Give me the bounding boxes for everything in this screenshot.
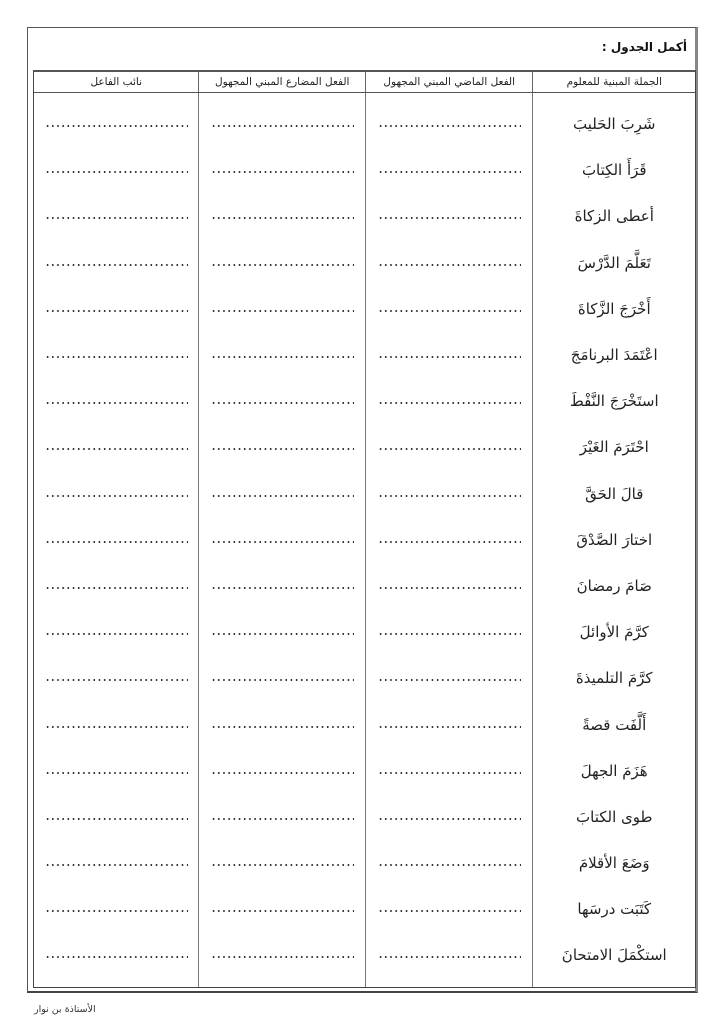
table-cell [366,147,533,193]
past-passive-blank[interactable] [378,633,521,635]
present-passive-blank[interactable] [211,448,354,450]
table-cell [199,147,365,193]
past-passive-blank[interactable] [378,356,521,358]
active-sentence-text: أَخْرَجَ الزَّكاةَ [578,300,651,318]
past-passive-blank[interactable] [378,217,521,219]
table-row: كَتَبَت درسَها [533,886,695,932]
active-sentence-text: كرَّمَ الأوائلَ [580,623,649,641]
present-passive-blank[interactable] [211,356,354,358]
deputy-subject-blank[interactable] [45,910,188,912]
past-passive-blank[interactable] [378,310,521,312]
table-row: احْتَرَمَ الغَيْرَ [533,424,695,470]
present-passive-blank[interactable] [211,171,354,173]
table-cell [366,517,533,563]
table-cell [199,932,365,978]
present-passive-blank[interactable] [211,541,354,543]
table-cell [34,932,199,978]
deputy-subject-blank[interactable] [45,495,188,497]
table-cell [34,471,199,517]
active-sentence-text: استكْمَلَ الامتحانَ [562,946,667,964]
active-sentence-text: استَخْرَجَ النَّفْطَ [570,392,659,410]
deputy-subject-blank[interactable] [45,864,188,866]
exercise-table: الجملة المبنية للمعلوم الفعل الماضي المب… [33,70,696,988]
instruction-heading: أكمل الجدول : [602,40,687,54]
past-passive-blank[interactable] [378,171,521,173]
column-active-sentence: شَرِبَ الحَليبَقَرَأَ الكِتابَأعطى الزكا… [532,93,695,987]
active-sentence-text: احْتَرَمَ الغَيْرَ [580,438,649,456]
table-cell [366,424,533,470]
table-cell [366,701,533,747]
table-cell [199,517,365,563]
past-passive-blank[interactable] [378,679,521,681]
active-sentence-text: اعْتَمَدَ البرنامَجَ [571,346,658,364]
table-cell [366,609,533,655]
table-cell [199,101,365,147]
table-row: أعطى الزكاةَ [533,193,695,239]
past-passive-blank[interactable] [378,818,521,820]
table-cell [366,655,533,701]
header-active-sentence: الجملة المبنية للمعلوم [532,72,695,92]
table-row: قالَ الحَقَّ [533,471,695,517]
table-row: كرَّمَ الأوائلَ [533,609,695,655]
present-passive-blank[interactable] [211,633,354,635]
table-cell [34,655,199,701]
deputy-subject-blank[interactable] [45,679,188,681]
column-past-passive [365,93,533,987]
active-sentence-text: قالَ الحَقَّ [585,485,643,503]
table-cell [199,424,365,470]
active-sentence-text: اختارَ الصَّدْقَ [576,531,652,549]
table-cell [34,517,199,563]
active-sentence-text: وَضَعَ الأقلامَ [579,854,650,872]
active-sentence-text: صَامَ رمضانَ [577,577,652,595]
present-passive-blank[interactable] [211,217,354,219]
past-passive-blank[interactable] [378,125,521,127]
present-passive-blank[interactable] [211,587,354,589]
table-cell [199,609,365,655]
table-row: أَلَّفَت قصةً [533,701,695,747]
table-row: شَرِبَ الحَليبَ [533,101,695,147]
table-cell [366,563,533,609]
table-cell [199,240,365,286]
past-passive-blank[interactable] [378,541,521,543]
table-cell [34,701,199,747]
present-passive-blank[interactable] [211,818,354,820]
table-cell [34,886,199,932]
past-passive-blank[interactable] [378,402,521,404]
present-passive-blank[interactable] [211,310,354,312]
table-cell [34,332,199,378]
table-cell [366,240,533,286]
table-cell [34,378,199,424]
table-row: قَرَأَ الكِتابَ [533,147,695,193]
worksheet-frame: أكمل الجدول : الجملة المبنية للمعلوم الف… [27,27,698,993]
present-passive-blank[interactable] [211,495,354,497]
deputy-subject-blank[interactable] [45,448,188,450]
table-cell [199,655,365,701]
past-passive-blank[interactable] [378,587,521,589]
table-cell [34,609,199,655]
past-passive-blank[interactable] [378,264,521,266]
present-passive-blank[interactable] [211,726,354,728]
deputy-subject-blank[interactable] [45,264,188,266]
table-cell [199,193,365,239]
table-cell [366,840,533,886]
deputy-subject-blank[interactable] [45,356,188,358]
table-cell [34,748,199,794]
active-sentence-text: تَعَلَّمَ الدَّرْسَ [578,254,651,272]
table-row: كرَّمَ التلميذةَ [533,655,695,701]
active-sentence-text: أَلَّفَت قصةً [582,716,646,734]
table-cell [366,471,533,517]
table-cell [199,471,365,517]
table-row: طوى الكتابَ [533,794,695,840]
past-passive-blank[interactable] [378,956,521,958]
table-cell [366,193,533,239]
table-cell [34,101,199,147]
table-cell [366,886,533,932]
table-cell [34,193,199,239]
past-passive-blank[interactable] [378,864,521,866]
active-sentence-text: كرَّمَ التلميذةَ [576,669,653,687]
table-cell [199,286,365,332]
present-passive-blank[interactable] [211,264,354,266]
table-cell [199,886,365,932]
past-passive-blank[interactable] [378,726,521,728]
active-sentence-text: طوى الكتابَ [576,808,652,826]
teacher-signature: الأستاذة بن نوار [34,1004,96,1015]
present-passive-blank[interactable] [211,910,354,912]
past-passive-blank[interactable] [378,772,521,774]
table-row: استكْمَلَ الامتحانَ [533,932,695,978]
table-cell [199,332,365,378]
active-sentence-text: شَرِبَ الحَليبَ [573,115,655,133]
deputy-subject-blank[interactable] [45,125,188,127]
present-passive-blank[interactable] [211,679,354,681]
header-present-passive: الفعل المضارع المبني المجهول [198,72,365,92]
present-passive-blank[interactable] [211,956,354,958]
active-sentence-text: هَزَمَ الجهلَ [581,762,648,780]
table-cell [366,332,533,378]
table-cell [34,147,199,193]
table-cell [34,563,199,609]
table-row: تَعَلَّمَ الدَّرْسَ [533,240,695,286]
deputy-subject-blank[interactable] [45,956,188,958]
table-row: اختارَ الصَّدْقَ [533,517,695,563]
table-row: صَامَ رمضانَ [533,563,695,609]
deputy-subject-blank[interactable] [45,772,188,774]
present-passive-blank[interactable] [211,772,354,774]
deputy-subject-blank[interactable] [45,171,188,173]
column-deputy-subject [34,93,199,987]
deputy-subject-blank[interactable] [45,310,188,312]
table-cell [34,286,199,332]
table-cell [199,701,365,747]
table-cell [199,563,365,609]
table-cell [366,932,533,978]
deputy-subject-blank[interactable] [45,541,188,543]
table-cell [34,840,199,886]
table-cell [366,794,533,840]
active-sentence-text: قَرَأَ الكِتابَ [582,161,647,179]
present-passive-blank[interactable] [211,864,354,866]
column-present-passive [198,93,365,987]
table-cell [34,240,199,286]
active-sentence-text: أعطى الزكاةَ [575,207,654,225]
deputy-subject-blank[interactable] [45,818,188,820]
table-cell [34,424,199,470]
deputy-subject-blank[interactable] [45,633,188,635]
deputy-subject-blank[interactable] [45,587,188,589]
present-passive-blank[interactable] [211,125,354,127]
table-cell [199,794,365,840]
table-cell [34,794,199,840]
table-cell [366,101,533,147]
table-row: هَزَمَ الجهلَ [533,748,695,794]
table-cell [366,378,533,424]
table-header-row: الجملة المبنية للمعلوم الفعل الماضي المب… [34,72,695,93]
deputy-subject-blank[interactable] [45,402,188,404]
past-passive-blank[interactable] [378,495,521,497]
present-passive-blank[interactable] [211,402,354,404]
header-deputy-subject: نائب الفاعل [34,72,199,92]
active-sentence-text: كَتَبَت درسَها [577,900,651,918]
table-cell [366,748,533,794]
past-passive-blank[interactable] [378,910,521,912]
table-body: شَرِبَ الحَليبَقَرَأَ الكِتابَأعطى الزكا… [34,93,695,987]
table-cell [199,840,365,886]
past-passive-blank[interactable] [378,448,521,450]
header-past-passive: الفعل الماضي المبني المجهول [365,72,533,92]
table-cell [199,748,365,794]
table-cell [199,378,365,424]
table-row: استَخْرَجَ النَّفْطَ [533,378,695,424]
deputy-subject-blank[interactable] [45,726,188,728]
table-row: أَخْرَجَ الزَّكاةَ [533,286,695,332]
table-row: وَضَعَ الأقلامَ [533,840,695,886]
deputy-subject-blank[interactable] [45,217,188,219]
table-cell [366,286,533,332]
table-row: اعْتَمَدَ البرنامَجَ [533,332,695,378]
